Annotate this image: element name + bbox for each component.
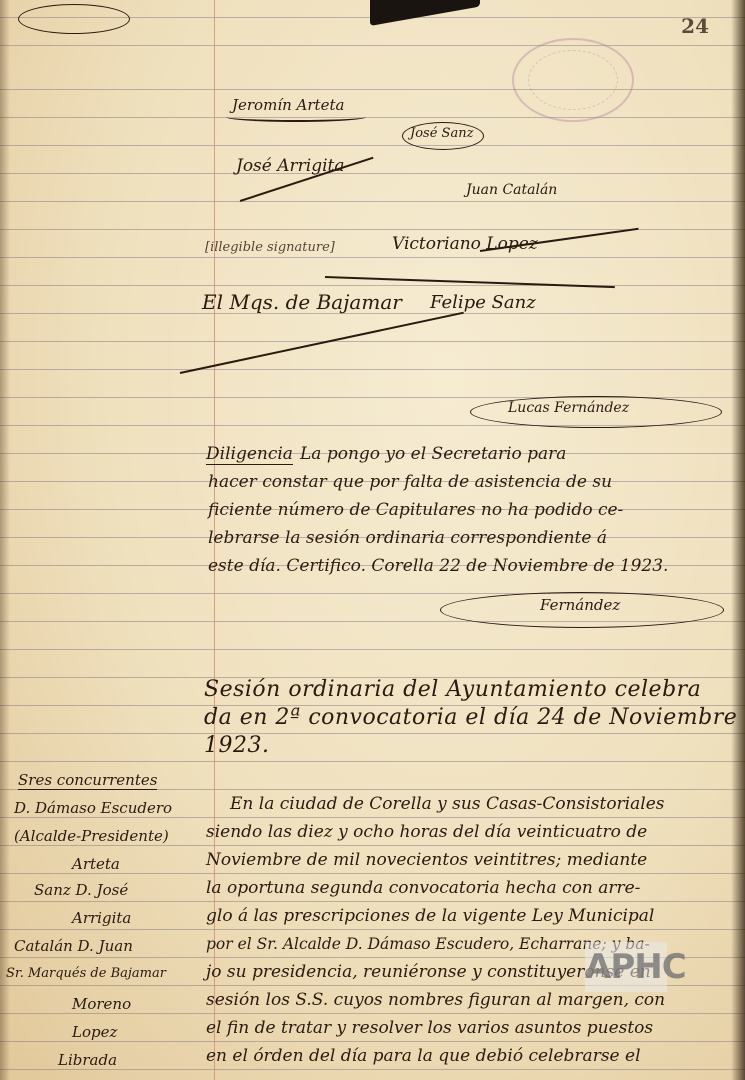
session-title-line-2: da en 2ª convocatoria el día 24 de Novie… [204,704,745,732]
diligencia-signature-flourish [440,592,724,628]
attendee: Sr. Marqués de Bajamar [6,960,166,988]
session-body-line-2: siendo las diez y ocho horas del día vei… [206,818,647,846]
diligencia-line-2: hacer constar que por falta de asistenci… [208,468,612,496]
session-body-line-10: en el órden del día para la que debió ce… [206,1042,641,1070]
attendee: Arteta [72,850,120,878]
signature-3: José Arrigita [236,156,345,176]
diligencia-line-4: lebrarse la sesión ordinaria correspondi… [208,524,607,552]
session-body-line-9: el fin de tratar y resolver los varios a… [206,1014,653,1042]
attendee: Arrigita [72,904,131,932]
binding-shadow [0,0,10,1080]
attendee: (Alcalde-Presidente) [14,822,169,850]
attendee: D. Dámaso Escudero [14,794,172,822]
archive-watermark: APHC [585,942,667,992]
attendee: Moreno [72,990,131,1018]
diligencia-line-5: este día. Certifico. Corella 22 de Novie… [208,552,668,580]
diligencia-heading: Diligencia [206,440,293,468]
diligencia-label: Diligencia [206,444,293,465]
signature-5: [illegible signature] [205,240,335,255]
session-title-line-3: 1923. [204,732,269,760]
signature-flourish [226,112,366,122]
session-body-line-3: Noviembre de mil novecientos veintitres;… [206,846,647,874]
session-title-line-1: Sesión ordinaria del Ayuntamiento celebr… [204,676,701,704]
attendee: Librada [58,1046,117,1074]
diligencia-line-1: La pongo yo el Secretario para [300,440,566,468]
signature-oval [402,122,484,150]
document-page: 24 Jeromín Arteta José Sanz José Arrigit… [0,0,745,1080]
signature-oval [470,396,722,428]
signature-8: Felipe Sanz [430,292,536,313]
attendee: Catalán D. Juan [14,932,133,960]
signature-7: El Mqs. de Bajamar [202,290,402,314]
attendees-heading: Sres concurrentes [18,766,157,794]
attendees-heading-label: Sres concurrentes [18,771,157,790]
diligencia-line-3: ficiente número de Capitulares no ha pod… [208,496,623,524]
page-number: 24 [681,14,709,38]
flourish-mark [18,4,130,34]
signature-4: Juan Catalán [466,182,557,198]
seal-stamp-icon [512,38,634,122]
session-body-line-5: glo á las prescripciones de la vigente L… [206,902,654,930]
session-body-line-4: la oportuna segunda convocatoria hecha c… [206,874,640,902]
page-edge-shadow [731,0,745,1080]
session-body-line-6: por el Sr. Alcalde D. Dámaso Escudero, E… [206,930,650,958]
attendee: Lopez [72,1018,117,1046]
attendee: Sanz D. José [34,876,128,904]
session-body-line-1: En la ciudad de Corella y sus Casas-Cons… [230,790,664,818]
